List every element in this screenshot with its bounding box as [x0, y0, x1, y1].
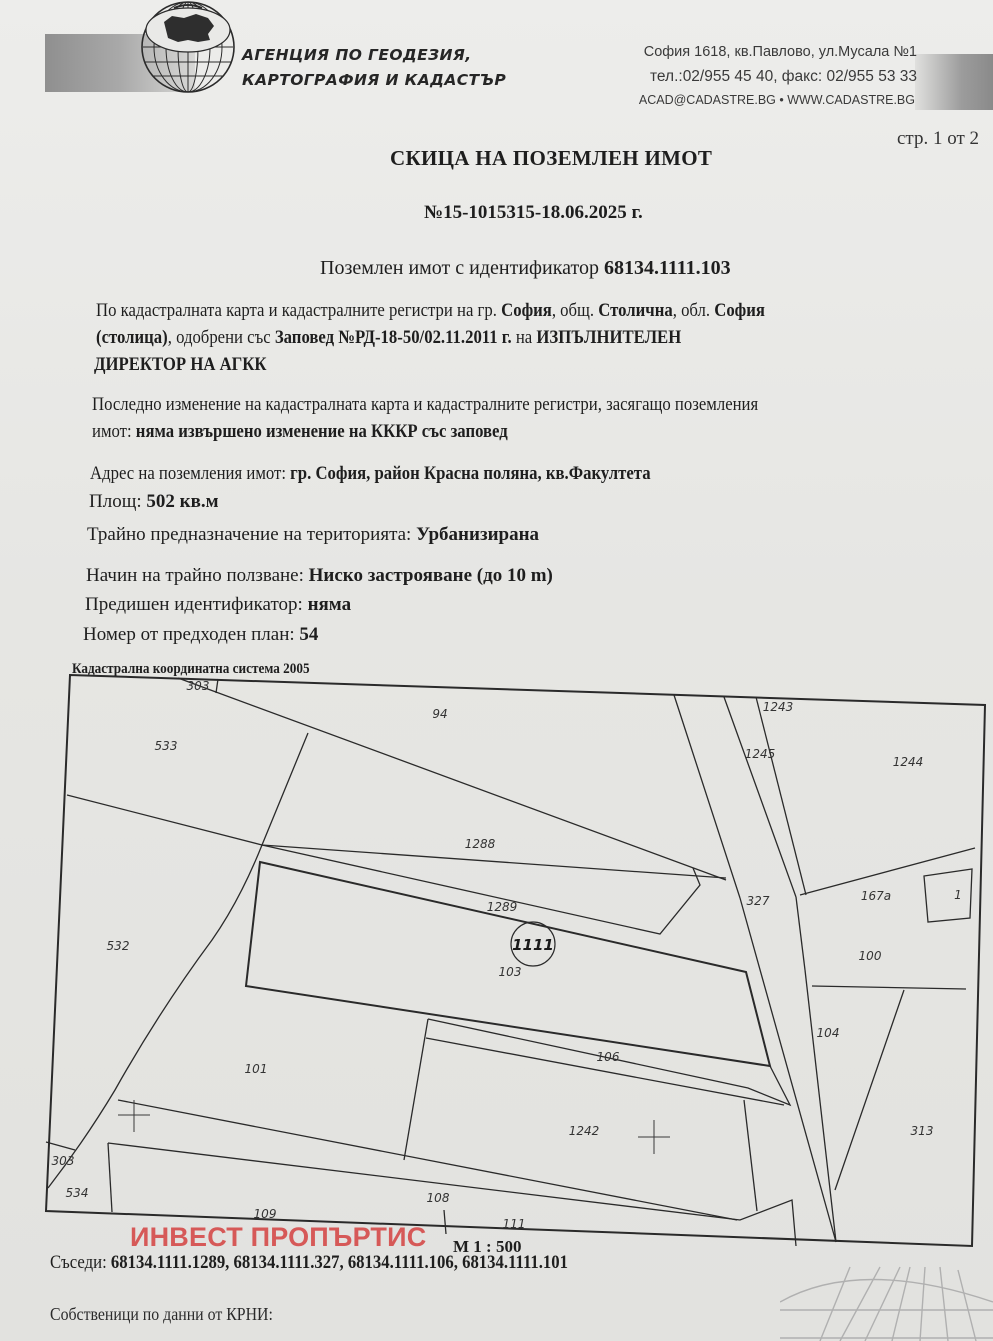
- parcel-label: 101: [245, 1062, 268, 1076]
- neighbours-values: 68134.1111.1289, 68134.1111.327, 68134.1…: [111, 1252, 568, 1273]
- parcel-label: 313: [911, 1124, 934, 1138]
- neighbours-label: Съседи:: [50, 1252, 107, 1273]
- parcel-label: 1288: [465, 837, 496, 851]
- parcel-label: 534: [66, 1186, 89, 1200]
- parcel-label: 106: [597, 1050, 620, 1064]
- neighbours-line: Съседи: 68134.1111.1289, 68134.1111.327,…: [50, 1252, 568, 1274]
- block-number-label: 1111: [512, 936, 554, 954]
- parcel-label: 100: [859, 949, 882, 963]
- parcel-label: 109: [254, 1207, 277, 1221]
- parcel-label: 111: [503, 1217, 526, 1231]
- parcel-label: 1245: [745, 747, 776, 761]
- watermark: ИНВЕСТ ПРОПЪРТИС: [130, 1222, 426, 1253]
- parcel-label: 327: [747, 894, 770, 908]
- parcel-label: 303: [187, 679, 210, 693]
- parcel-label: 303: [52, 1154, 75, 1168]
- owners-label: Собственици по данни от КРНИ:: [50, 1304, 273, 1325]
- parcel-label: 1243: [763, 700, 794, 714]
- cadastral-map: 1111 303945331243124512441288327167а1128…: [0, 0, 993, 1341]
- parcel-label: 1244: [893, 755, 924, 769]
- parcel-label: 1: [954, 888, 962, 902]
- parcel-label: 533: [155, 739, 178, 753]
- parcel-label: 108: [427, 1191, 450, 1205]
- parcel-label: 94: [432, 707, 447, 721]
- footer-globe-watermark-icon: [780, 1262, 993, 1341]
- parcel-label: 1289: [487, 900, 518, 914]
- parcel-label: 1242: [569, 1124, 600, 1138]
- parcel-label: 103: [499, 965, 522, 979]
- parcel-label: 104: [817, 1026, 840, 1040]
- parcel-label: 532: [107, 939, 130, 953]
- parcel-label: 167а: [861, 889, 891, 903]
